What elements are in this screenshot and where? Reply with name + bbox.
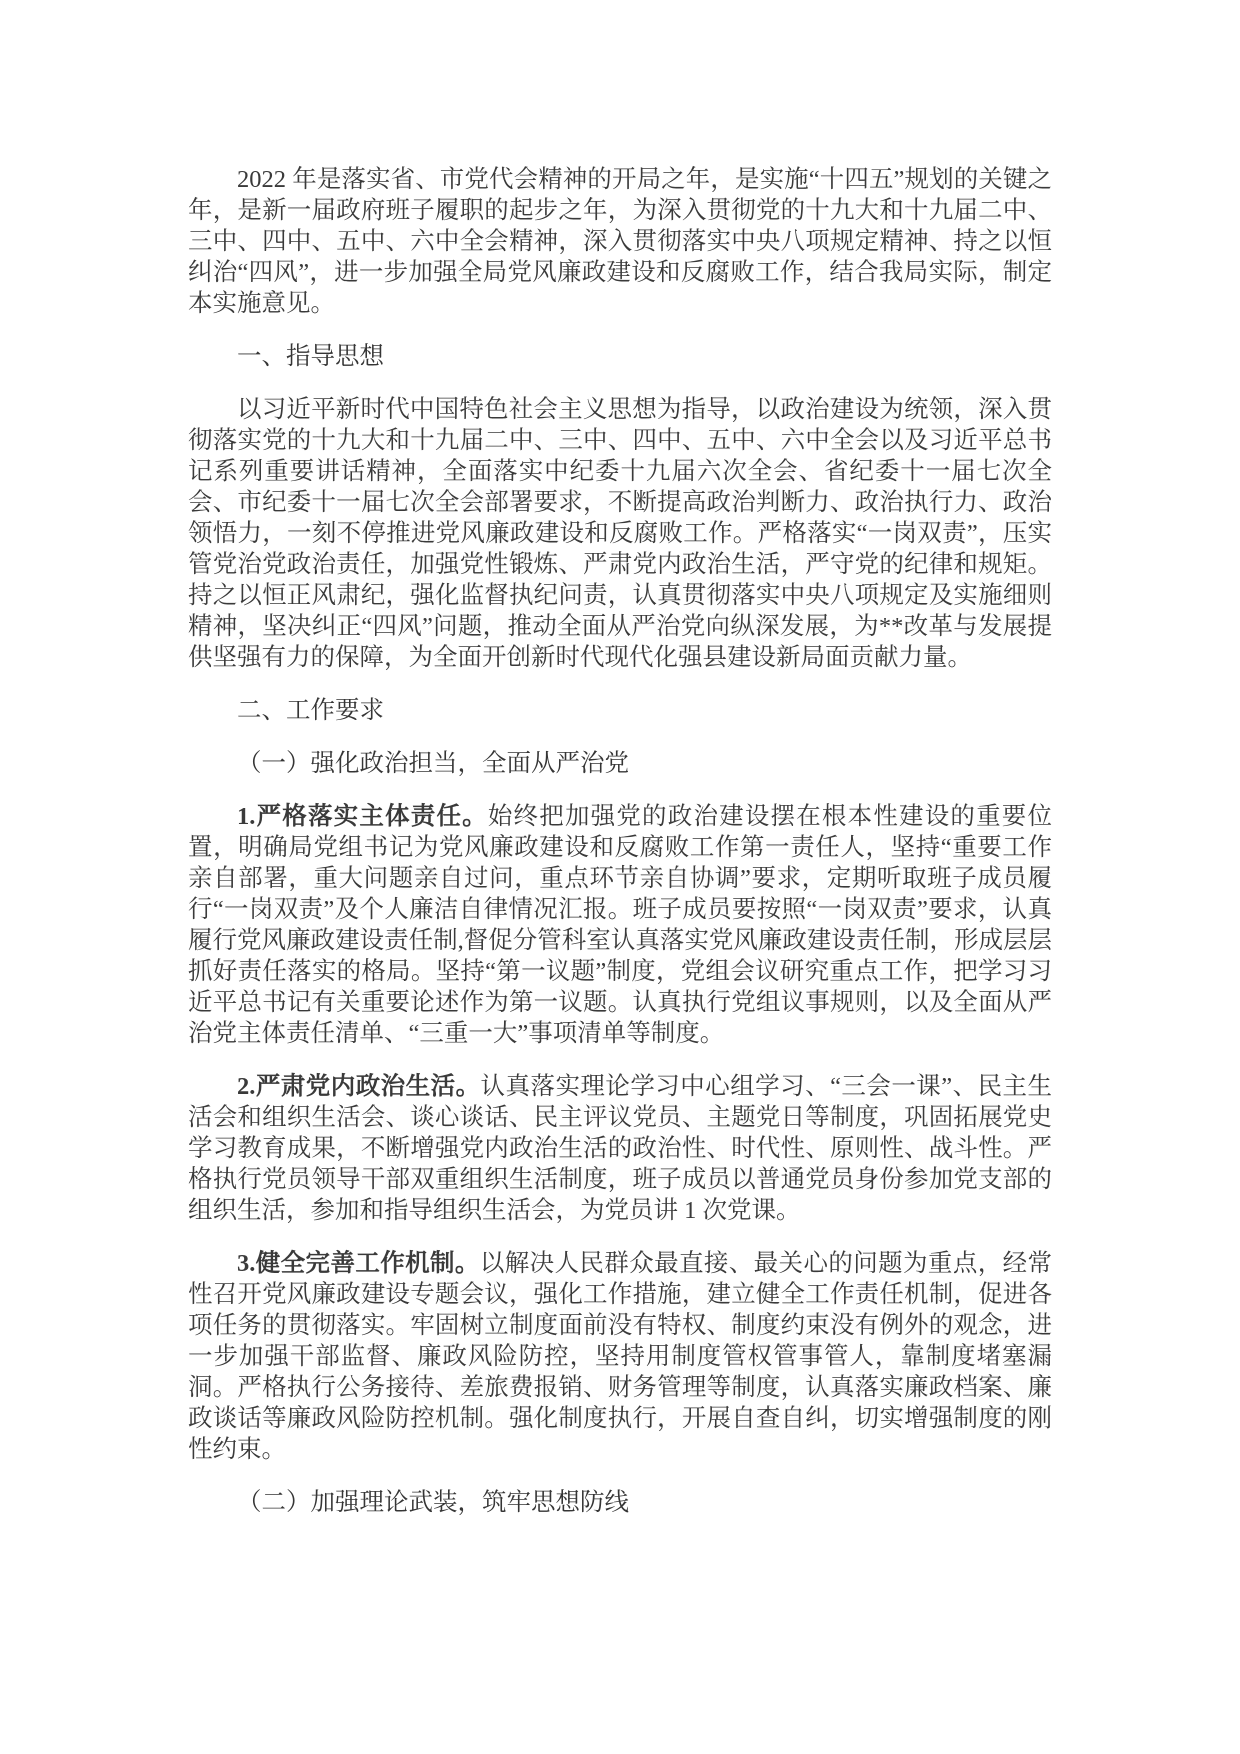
- document-body: 2022 年是落实省、市党代会精神的开局之年，是实施“十四五”规划的关键之年，是…: [188, 0, 1052, 1518]
- paragraph-item-3: 3.健全完善工作机制。以解决人民群众最直接、最关心的问题为重点，经常性召开党风廉…: [188, 1248, 1052, 1465]
- paragraph-text: 以习近平新时代中国特色社会主义思想为指导，以政治建设为统领，深入贯彻落实党的十九…: [188, 396, 1052, 671]
- document-page: 2022 年是落实省、市党代会精神的开局之年，是实施“十四五”规划的关键之年，是…: [0, 0, 1240, 1754]
- paragraph-item-1: 1.严格落实主体责任。始终把加强党的政治建设摆在根本性建设的重要位置，明确局党组…: [188, 801, 1052, 1049]
- subheading-political-responsibility: （一）强化政治担当，全面从严治党: [188, 748, 1052, 779]
- subheading-theoretical-arming: （二）加强理论武装，筑牢思想防线: [188, 1487, 1052, 1518]
- paragraph-guiding-ideology: 以习近平新时代中国特色社会主义思想为指导，以政治建设为统领，深入贯彻落实党的十九…: [188, 394, 1052, 673]
- paragraph-lead: 3.健全完善工作机制。: [237, 1250, 480, 1277]
- heading-guiding-ideology: 一、指导思想: [188, 341, 1052, 372]
- heading-text: 二、工作要求: [237, 697, 384, 724]
- paragraph-lead: 1.严格落实主体责任。: [237, 803, 488, 830]
- paragraph-text: 2022 年是落实省、市党代会精神的开局之年，是实施“十四五”规划的关键之年，是…: [188, 166, 1052, 317]
- paragraph-item-2: 2.严肃党内政治生活。认真落实理论学习中心组学习、“三会一课”、民主生活会和组织…: [188, 1071, 1052, 1226]
- paragraph-intro: 2022 年是落实省、市党代会精神的开局之年，是实施“十四五”规划的关键之年，是…: [188, 164, 1052, 319]
- paragraph-lead: 2.严肃党内政治生活。: [237, 1073, 481, 1100]
- heading-work-requirements: 二、工作要求: [188, 695, 1052, 726]
- heading-text: （二）加强理论武装，筑牢思想防线: [237, 1489, 629, 1516]
- heading-text: （一）强化政治担当，全面从严治党: [237, 750, 629, 777]
- paragraph-text: 以解决人民群众最直接、最关心的问题为重点，经常性召开党风廉政建设专题会议，强化工…: [188, 1250, 1052, 1463]
- paragraph-text: 始终把加强党的政治建设摆在根本性建设的重要位置，明确局党组书记为党风廉政建设和反…: [188, 803, 1052, 1047]
- heading-text: 一、指导思想: [237, 343, 384, 370]
